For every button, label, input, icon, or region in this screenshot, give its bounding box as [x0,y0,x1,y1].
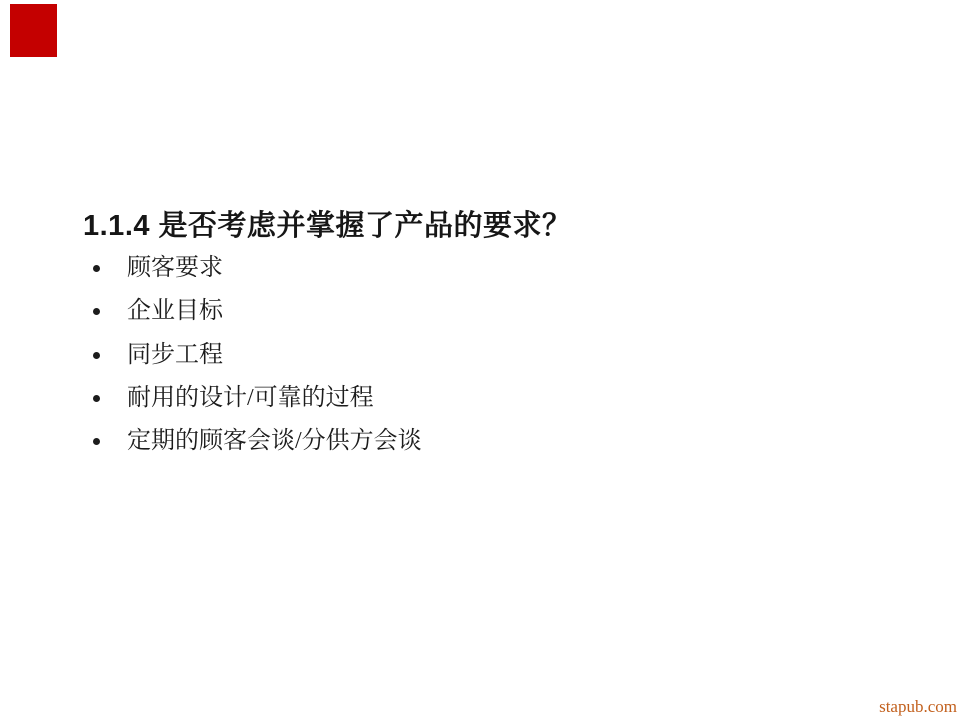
list-item: 同步工程 [93,334,422,377]
red-square-marker [10,4,57,57]
slide-canvas: 1.1.4 是否考虑并掌握了产品的要求？ 顾客要求 企业目标 同步工程 耐用的设… [0,0,960,720]
list-item-text: 同步工程 [127,342,223,368]
bullet-dot-icon [93,308,100,315]
bullet-dot-icon [93,395,100,402]
list-item-text: 定期的顾客会谈/分供方会谈 [127,428,422,454]
list-item: 企业目标 [93,290,422,333]
list-item: 耐用的设计/可靠的过程 [93,377,422,420]
bullet-dot-icon [93,438,100,445]
list-item-text: 企业目标 [127,298,223,324]
slide-title: 1.1.4 是否考虑并掌握了产品的要求？ [83,209,572,243]
list-item-text: 耐用的设计/可靠的过程 [127,385,374,411]
bullet-dot-icon [93,352,100,359]
list-item: 顾客要求 [93,247,422,290]
bullet-list: 顾客要求 企业目标 同步工程 耐用的设计/可靠的过程 定期的顾客会谈/分供方会谈 [93,247,422,463]
list-item: 定期的顾客会谈/分供方会谈 [93,420,422,463]
bullet-dot-icon [93,265,100,272]
watermark: stapub.com [879,697,957,717]
list-item-text: 顾客要求 [127,255,223,281]
